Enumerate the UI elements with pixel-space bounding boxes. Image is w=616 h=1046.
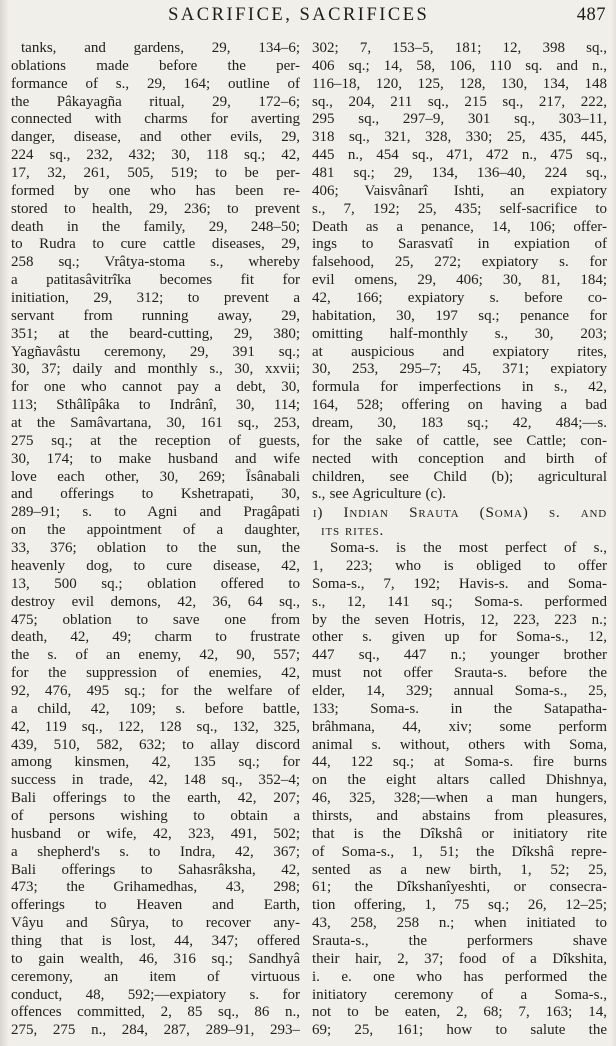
text-line: 33, 376; oblation to the sun, the: [11, 540, 300, 558]
text-line: and offerings to Kshetrapati, 30,: [11, 486, 300, 504]
text-line: must not offer Srauta-s. before the: [312, 665, 607, 683]
text-line: to gain wealth, 46, 316 sq.; Sandhyâ: [11, 951, 300, 969]
text-line: 61; the Dîkshanîyeshti, or consecra-: [312, 879, 607, 897]
book-page: SACRIFICE, SACRIFICES 487 tanks, and gar…: [0, 0, 616, 1046]
text-line: thirsts, and abstains from pleasures,: [312, 808, 607, 826]
text-line: 164, 528; offering on having a bad: [312, 397, 607, 415]
text-line: 30, 37; daily and monthly s., 30, xxvii;: [11, 361, 300, 379]
text-line: omitting half-monthly s., 30, 203;: [312, 326, 607, 344]
text-line: ings to Sarasvatî in expiation of: [312, 236, 607, 254]
text-line: initiatory ceremony of a Soma-s.,: [312, 987, 607, 1005]
text-line: servant from running away, 29,: [11, 308, 300, 326]
text-line: their hair, 2, 37; food of a Dîkshita,: [312, 951, 607, 969]
text-line: 406 sq.; 14, 58, 106, 110 sq. and n.,: [312, 58, 607, 76]
text-line: 445 n., 454 sq., 471, 472 n., 475 sq.,: [312, 147, 607, 165]
text-line: on the appointment of a daughter,: [11, 522, 300, 540]
text-line: on the eight altars called Dhishnya,: [312, 772, 607, 790]
text-line: 439, 510, 582, 632; to allay discord: [11, 737, 300, 755]
text-line: animal s. without, others with Soma,: [312, 737, 607, 755]
text-line: death, 42, 49; charm to frustrate: [11, 629, 300, 647]
text-line: brâhmana, 44, xiv; some perform: [312, 719, 607, 737]
text-line: s., see Agriculture (c).: [312, 486, 607, 504]
text-line: 295 sq., 297–9, 301 sq., 303–11,: [312, 111, 607, 129]
text-line: at the Samâvartana, 30, 161 sq., 253,: [11, 415, 300, 433]
text-line: 302; 7, 153–5, 181; 12, 398 sq.,: [312, 40, 607, 58]
text-line: sented as a new birth, 1, 52; 25,: [312, 862, 607, 880]
text-line: 351; at the beard-cutting, 29, 380;: [11, 326, 300, 344]
text-line: 92, 476, 495 sq.; for the welfare of: [11, 683, 300, 701]
text-line: to Rudra to cure cattle diseases, 29,: [11, 236, 300, 254]
text-line: dream, 30, 183 sq.; 42, 484;—s.: [312, 415, 607, 433]
text-line: of Soma-s., 1, 51; the Dîkshâ repre-: [312, 844, 607, 862]
text-line: for the sake of cattle, see Cattle; con-: [312, 433, 607, 451]
text-line: 113; Sthâlîpâka to Indrânî, 30, 114;: [11, 397, 300, 415]
text-line: its rites.: [312, 522, 607, 540]
text-line: Soma-s. is the most perfect of s.,: [312, 540, 607, 558]
text-line: 258 sq.; Vrâtya-stoma s., whereby: [11, 254, 300, 272]
text-line: 275 sq.; at the reception of guests,: [11, 433, 300, 451]
text-line: destroy evil demons, 42, 36, 64 sq.,: [11, 594, 300, 612]
section-paragraph: Soma-s. is the most perfect of s.,1, 223…: [312, 540, 607, 1040]
text-line: Bali offerings to Sahasrâksha, 42,: [11, 862, 300, 880]
text-line: among kinsmen, 42, 135 sq.; for: [11, 754, 300, 772]
text-line: a patitasâvitrîka becomes fit for: [11, 272, 300, 290]
text-line: habitation, 30, 197 sq.; penance for: [312, 308, 607, 326]
text-line: thing that is lost, 44, 347; offered: [11, 933, 300, 951]
text-line: offerings to Heaven and Earth,: [11, 897, 300, 915]
text-line: by the seven Hotris, 12, 223, 223 n.;: [312, 612, 607, 630]
text-line: success in trade, 42, 148 sq., 352–4;: [11, 772, 300, 790]
text-line: 46, 325, 328;—when a man hungers,: [312, 790, 607, 808]
text-line: 447 sq., 447 n.; younger brother: [312, 647, 607, 665]
text-line: the s. of an enemy, 42, 90, 557;: [11, 647, 300, 665]
text-line: formance of s., 29, 164; outline of: [11, 76, 300, 94]
text-line: 17, 32, 261, 505, 519; to be per-: [11, 165, 300, 183]
text-line: that is the Dîkshâ or initiatory rite: [312, 826, 607, 844]
text-line: love each other, 30, 269; Îsânabali: [11, 469, 300, 487]
text-line: 275, 275 n., 284, 287, 289–91, 293–: [11, 1022, 300, 1040]
text-line: oblations made before the per-: [11, 58, 300, 76]
text-line: a child, 42, 109; s. before battle,: [11, 701, 300, 719]
text-line: Bali offerings to the earth, 42, 207;: [11, 790, 300, 808]
text-line: initiation, 29, 312; to prevent a: [11, 290, 300, 308]
text-line: 42, 166; expiatory s. before co-: [312, 290, 607, 308]
text-line: 473; the Grihamedhas, 43, 298;: [11, 879, 300, 897]
text-line: 133; Soma-s. in the Satapatha-: [312, 701, 607, 719]
section-heading: (i) Indian Srauta (Soma) s. andits rites…: [312, 504, 607, 540]
text-line: Srauta-s., the performers shave: [312, 933, 607, 951]
left-column: tanks, and gardens, 29, 134–6;oblations …: [11, 40, 300, 1041]
page-header: SACRIFICE, SACRIFICES 487: [0, 0, 616, 34]
text-line: heavenly dog, to cure disease, 42,: [11, 558, 300, 576]
index-entry-continuation: tanks, and gardens, 29, 134–6;oblations …: [11, 40, 300, 1040]
text-line: of persons wishing to obtain a: [11, 808, 300, 826]
text-line: husband or wife, 42, 323, 491, 502;: [11, 826, 300, 844]
text-line: other s. given up for Soma-s., 12,: [312, 629, 607, 647]
text-line: s., 7, 192; 25, 435; self-sacrifice to: [312, 201, 607, 219]
text-line: Death as a penance, 14, 106; offer-: [312, 219, 607, 237]
text-line: i. e. one who has performed the: [312, 969, 607, 987]
text-line: at auspicious and expiatory rites,: [312, 344, 607, 362]
text-line: for one who cannot pay a debt, 30,: [11, 379, 300, 397]
text-line: formula for imperfections in s., 42,: [312, 379, 607, 397]
text-line: tion offering, 1, 75 sq.; 26, 12–25;: [312, 897, 607, 915]
text-line: 30, 253, 295–7; 45, 371; expiatory: [312, 361, 607, 379]
text-line: s., 12, 141 sq.; Soma-s. performed: [312, 594, 607, 612]
text-line: elder, 14, 329; annual Soma-s., 25,: [312, 683, 607, 701]
text-line: Yagñavâstu ceremony, 29, 391 sq.;: [11, 344, 300, 362]
text-line: sq., 204, 211 sq., 215 sq., 217, 222,: [312, 94, 607, 112]
text-line: 318 sq., 321, 328, 330; 25, 435, 445,: [312, 129, 607, 147]
text-line: 116–18, 120, 125, 128, 130, 134, 148: [312, 76, 607, 94]
text-line: ceremony, an item of virtuous: [11, 969, 300, 987]
text-line: 42, 119 sq., 122, 128 sq., 132, 325,: [11, 719, 300, 737]
text-line: 30, 174; to make husband and wife: [11, 451, 300, 469]
text-line: (i) Indian Srauta (Soma) s. and: [312, 504, 607, 522]
text-line: evil omens, 29, 406; 30, 81, 184;: [312, 272, 607, 290]
text-line: 406; Vaisvânarî Ishti, an expiatory: [312, 183, 607, 201]
text-line: conduct, 48, 592;—expiatory s. for: [11, 987, 300, 1005]
text-line: children, see Child (b); agricultural: [312, 469, 607, 487]
text-line: offences committed, 2, 85 sq., 86 n.,: [11, 1004, 300, 1022]
text-line: 224 sq., 232, 432; 30, 118 sq.; 42,: [11, 147, 300, 165]
text-line: 44, 122 sq.; at Soma-s. fire burns: [312, 754, 607, 772]
text-line: 289–91; s. to Agni and Pragâpati: [11, 504, 300, 522]
text-line: for the suppression of enemies, 42,: [11, 665, 300, 683]
page-number: 487: [577, 5, 606, 26]
text-line: not to be eaten, 2, 68; 7, 163; 14,: [312, 1004, 607, 1022]
text-line: stored to health, 29, 236; to prevent: [11, 201, 300, 219]
text-line: 13, 500 sq.; oblation offered to: [11, 576, 300, 594]
text-line: tanks, and gardens, 29, 134–6;: [11, 40, 300, 58]
text-line: 1, 223; who is obliged to offer: [312, 558, 607, 576]
right-column: 302; 7, 153–5, 181; 12, 398 sq.,406 sq.;…: [312, 40, 607, 1041]
text-line: Soma-s., 7, 192; Havis-s. and Soma-: [312, 576, 607, 594]
text-line: 475; oblation to save one from: [11, 612, 300, 630]
text-line: connected with charms for averting: [11, 111, 300, 129]
text-line: formed by one who has been re-: [11, 183, 300, 201]
text-line: Vâyu and Sûrya, to recover any-: [11, 915, 300, 933]
text-line: 43, 258, 258 n.; when initiated to: [312, 915, 607, 933]
running-title: SACRIFICE, SACRIFICES: [168, 5, 429, 26]
text-columns: tanks, and gardens, 29, 134–6;oblations …: [11, 40, 607, 1041]
text-line: death in the family, 29, 248–50;: [11, 219, 300, 237]
text-line: nected with conception and birth of: [312, 451, 607, 469]
text-line: 69; 25, 161; how to salute the: [312, 1022, 607, 1040]
text-line: danger, disease, and other evils, 29,: [11, 129, 300, 147]
text-line: a shepherd's s. to Indra, 42, 367;: [11, 844, 300, 862]
text-line: the Pâkayagña ritual, 29, 172–6;: [11, 94, 300, 112]
text-line: 481 sq.; 29, 134, 136–40, 224 sq.,: [312, 165, 607, 183]
text-line: falsehood, 25, 272; expiatory s. for: [312, 254, 607, 272]
index-entry-continuation: 302; 7, 153–5, 181; 12, 398 sq.,406 sq.;…: [312, 40, 607, 504]
